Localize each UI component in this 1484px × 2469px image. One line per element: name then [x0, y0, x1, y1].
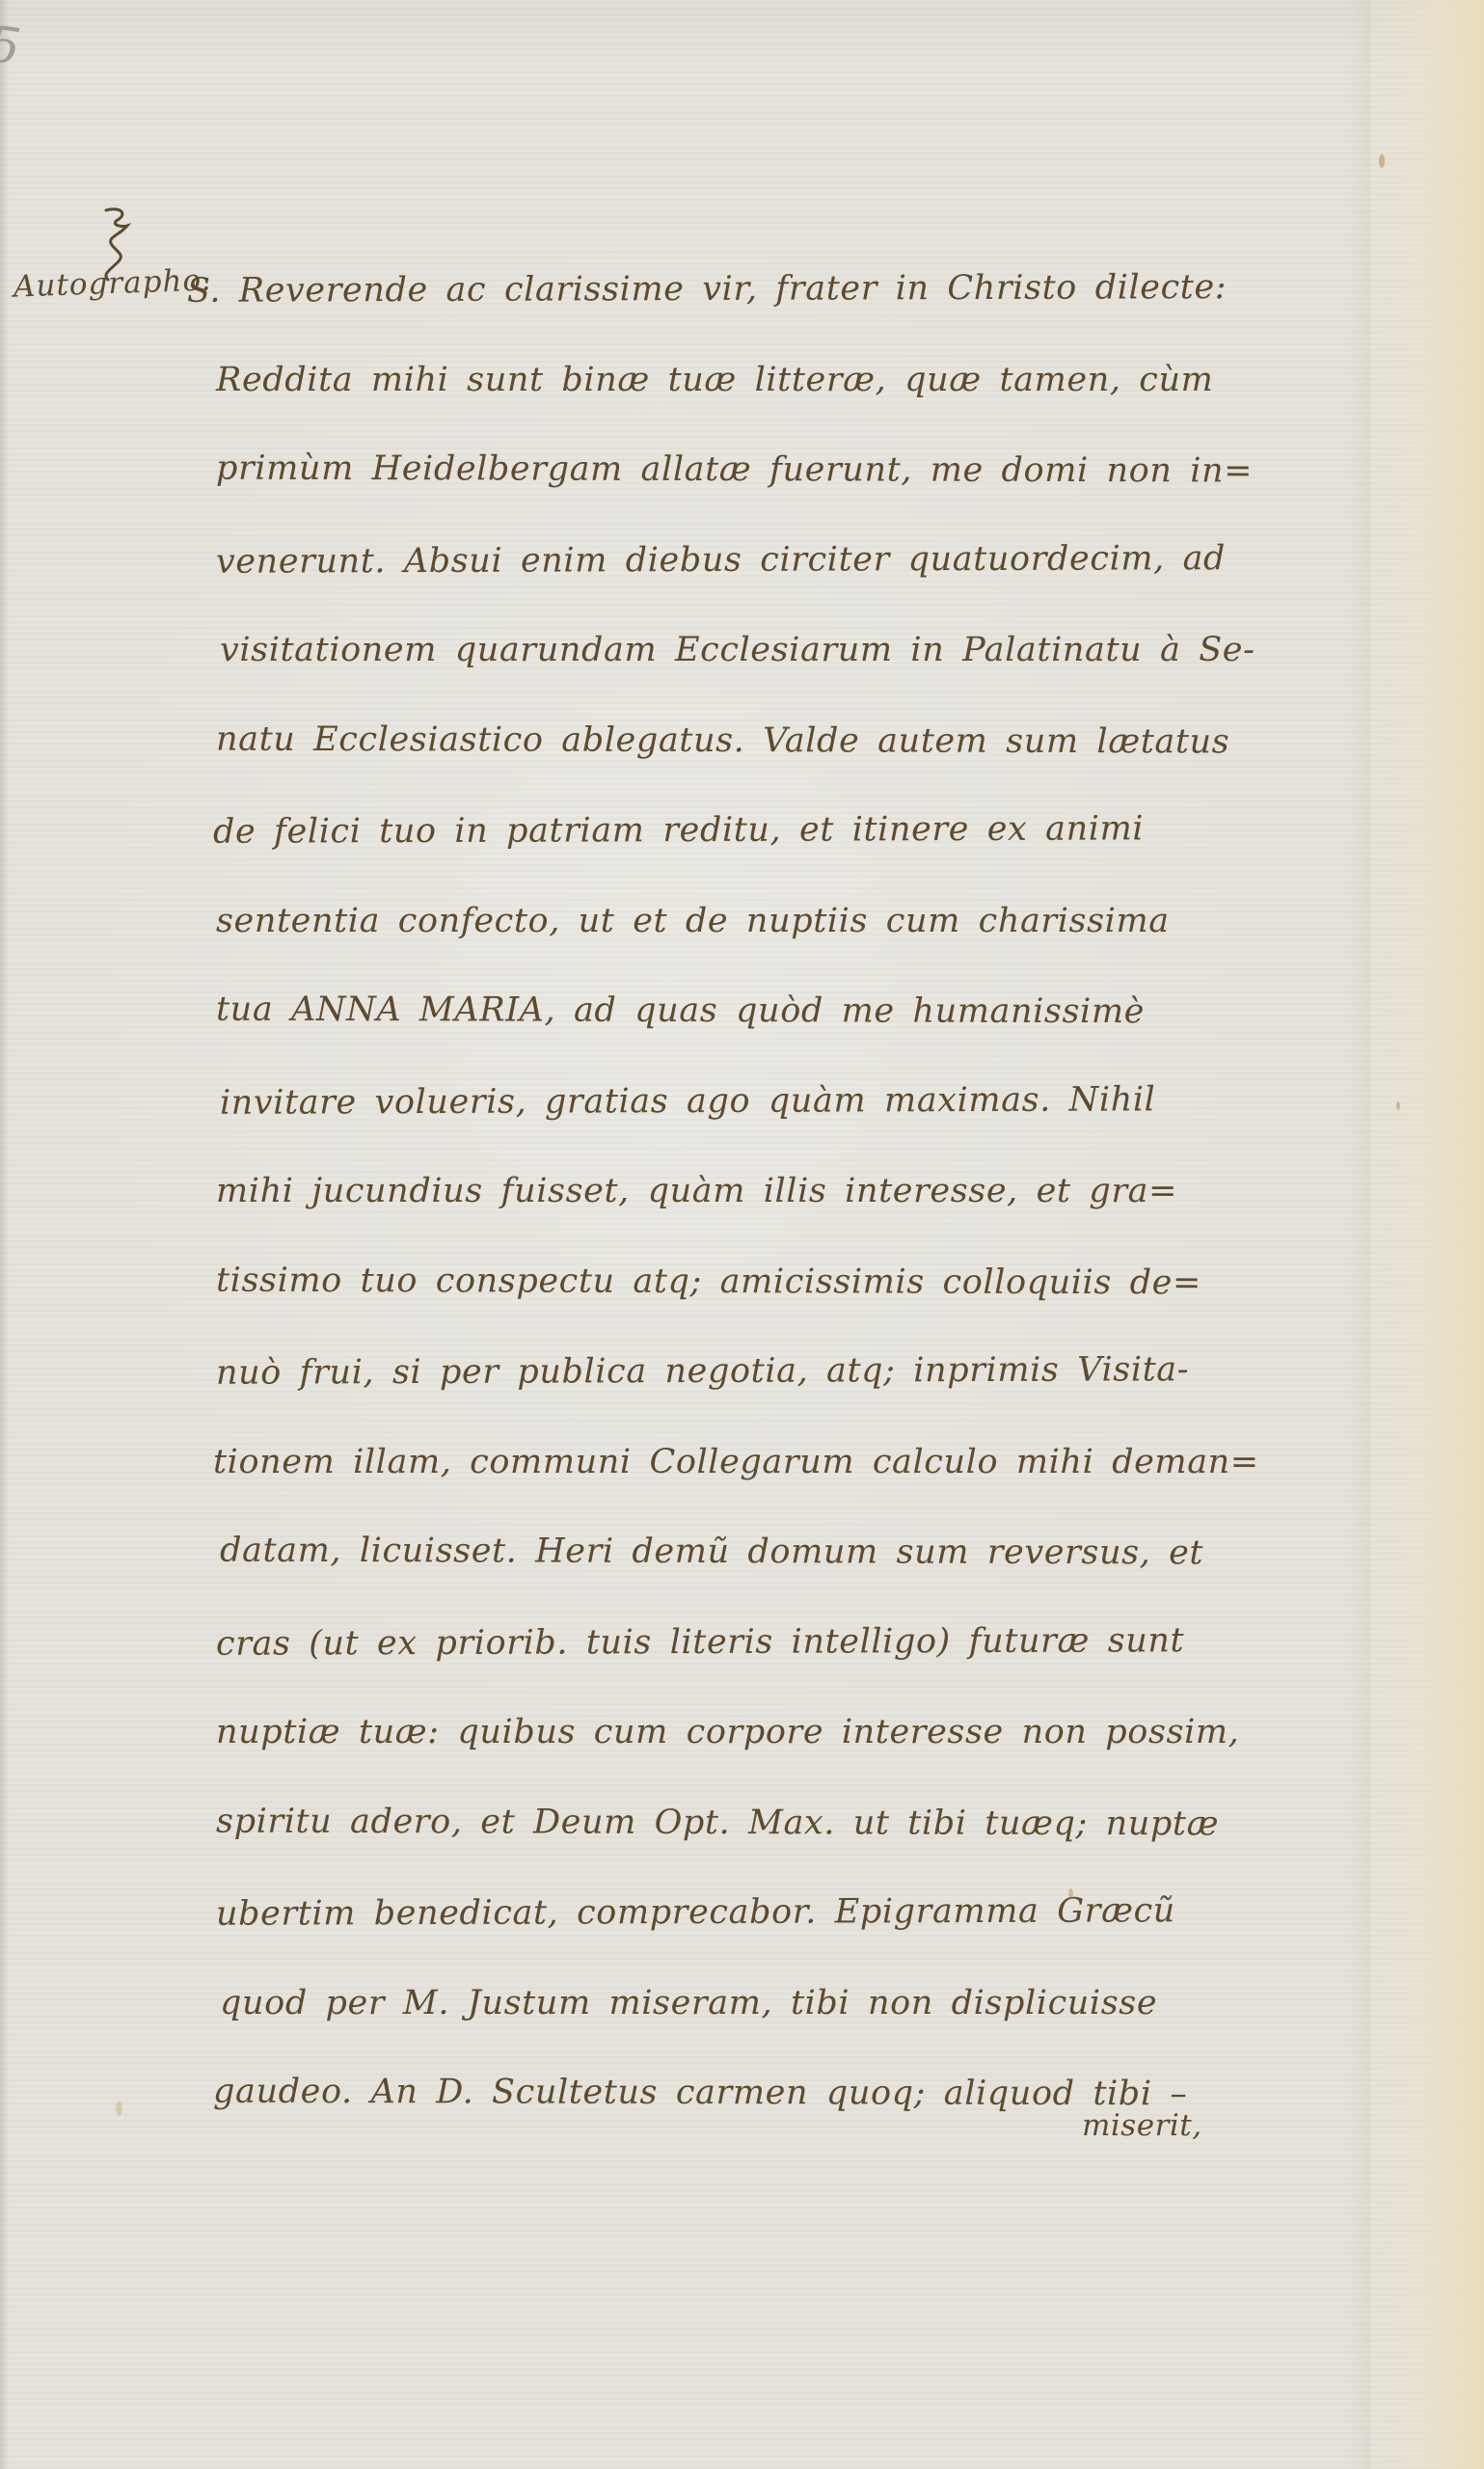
manuscript-line: visitationem quarundam Ecclesiarum in Pa… [220, 619, 1190, 710]
manuscript-line: S. Reverende ac clarissime vir, frater i… [187, 257, 1190, 350]
manuscript-line: tua ANNA MARIA, ad quas quòd me humaniss… [216, 979, 1190, 1072]
manuscript-line: tissimo tuo conspectu atq; amicissimis c… [216, 1249, 1190, 1342]
manuscript-line: sententia confecto, ut et de nuptiis cum… [216, 890, 1190, 981]
manuscript-line: de felici tuo in patriam reditu, et itin… [213, 798, 1190, 891]
manuscript-line: invitare volueris, gratias ago quàm maxi… [220, 1069, 1190, 1162]
manuscript-line: datam, licuisset. Heri demũ domum sum re… [220, 1520, 1190, 1613]
manuscript-line: natu Ecclesiastico ablegatus. Valde aute… [216, 708, 1190, 800]
paper-blemish [1396, 1101, 1400, 1110]
manuscript-line: Reddita mihi sunt binæ tuæ litteræ, quæ … [216, 349, 1190, 440]
manuscript-line: quod per M. Justum miseram, tibi non dis… [220, 1972, 1190, 2063]
manuscript-line: primùm Heidelbergam allatæ fuerunt, me d… [216, 438, 1190, 530]
letter-body: S. Reverende ac clarissime vir, frater i… [216, 258, 1190, 2153]
manuscript-line: tionem illam, communi Collegarum calculo… [213, 1431, 1190, 1522]
manuscript-line: nuptiæ tuæ: quibus cum corpore interesse… [216, 1701, 1190, 1792]
paper-blemish [116, 2101, 122, 2116]
manuscript-line: cras (ut ex priorib. tuis literis intell… [216, 1610, 1190, 1703]
manuscript-line: venerunt. Absui enim diebus circiter qua… [216, 528, 1190, 621]
pencil-page-number: 5 [0, 15, 24, 77]
manuscript-line: ubertim benedicat, comprecabor. Epigramm… [216, 1880, 1190, 1973]
catchword: miserit, [1082, 2108, 1202, 2143]
manuscript-page: 5 Autographo. S. Reverende ac clarissime… [0, 0, 1484, 2469]
manuscript-line: gaudeo. An D. Scultetus carmen quoq; ali… [213, 2061, 1190, 2154]
paper-blemish [1379, 154, 1385, 168]
manuscript-line: spiritu adero, et Deum Opt. Max. ut tibi… [216, 1790, 1190, 1883]
manuscript-line: mihi jucundius fuisset, quàm illis inter… [216, 1160, 1190, 1251]
margin-annotation: Autographo. [13, 262, 212, 304]
manuscript-line: nuò frui, si per publica negotia, atq; i… [216, 1339, 1190, 1432]
